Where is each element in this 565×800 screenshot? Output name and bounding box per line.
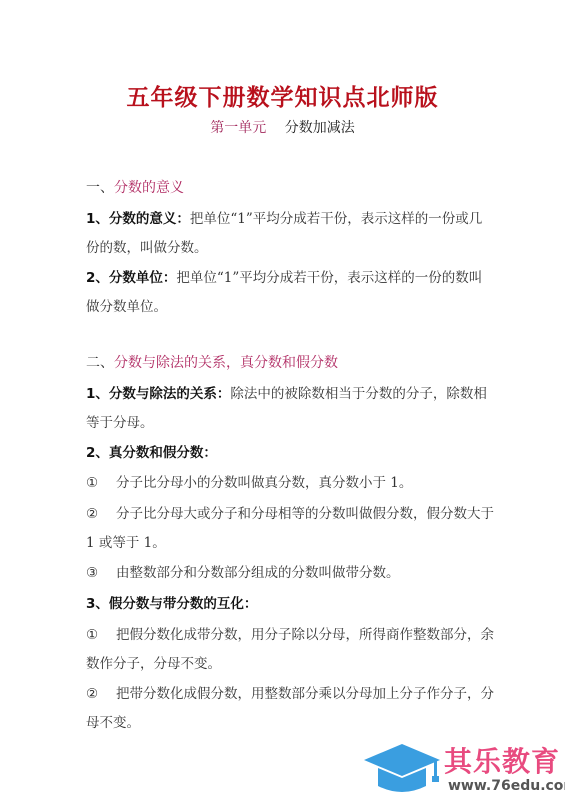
list-item-continued: 数作分子，分母不变。	[86, 654, 486, 674]
list-item: ①把假分数化成带分数，用分子除以分母，所得商作整数部分，余	[86, 625, 486, 645]
term-label: 2、真分数和假分数：	[86, 445, 217, 461]
circled-number: ②	[86, 504, 116, 524]
term-label: 1、分数的意义：	[86, 211, 190, 227]
list-item: ②分子比分母大或分子和分母相等的分数叫做假分数，假分数大于	[86, 504, 486, 524]
paragraph: 2、真分数和假分数：	[86, 443, 486, 463]
document-title: 五年级下册数学知识点北师版	[0, 79, 565, 112]
term-label: 2、分数单位：	[86, 270, 176, 286]
term-label: 1、分数与除法的关系：	[86, 386, 230, 402]
list-item-continued: 1 或等于 1。	[86, 533, 486, 553]
section-heading: 一、分数的意义	[86, 178, 486, 198]
paragraph-continued: 做分数单位。	[86, 297, 486, 317]
list-item-continued: 母不变。	[86, 713, 486, 733]
unit-topic: 分数加减法	[285, 120, 355, 136]
paragraph: 1、分数的意义：把单位“1”平均分成若干份，表示这样的一份或几	[86, 209, 486, 229]
list-item: ①分子比分母小的分数叫做真分数，真分数小于 1。	[86, 473, 486, 493]
brand-url: www.76edu.com	[448, 778, 565, 794]
circled-number: ①	[86, 473, 116, 493]
graduation-cap-icon	[362, 742, 442, 798]
watermark-logo: 其乐教育 www.76edu.com	[362, 740, 562, 798]
list-item: ③由整数部分和分数部分组成的分数叫做带分数。	[86, 563, 486, 583]
circled-number: ③	[86, 563, 116, 583]
brand-name: 其乐教育	[444, 740, 560, 780]
term-label: 3、假分数与带分数的互化：	[86, 596, 257, 612]
paragraph-continued: 等于分母。	[86, 413, 486, 433]
paragraph: 1、分数与除法的关系：除法中的被除数相当于分数的分子，除数相	[86, 384, 486, 404]
list-item: ②把带分数化成假分数，用整数部分乘以分母加上分子作分子，分	[86, 684, 486, 704]
unit-subtitle: 第一单元 分数加减法	[0, 117, 565, 137]
section-heading: 二、分数与除法的关系，真分数和假分数	[86, 353, 486, 373]
paragraph-continued: 份的数，叫做分数。	[86, 238, 486, 258]
document-page: 五年级下册数学知识点北师版 第一单元 分数加减法 一、分数的意义 1、分数的意义…	[0, 0, 565, 800]
circled-number: ①	[86, 625, 116, 645]
paragraph: 2、分数单位：把单位“1”平均分成若干份，表示这样的一份的数叫	[86, 268, 486, 288]
unit-label: 第一单元	[210, 120, 266, 136]
circled-number: ②	[86, 684, 116, 704]
paragraph: 3、假分数与带分数的互化：	[86, 594, 486, 614]
